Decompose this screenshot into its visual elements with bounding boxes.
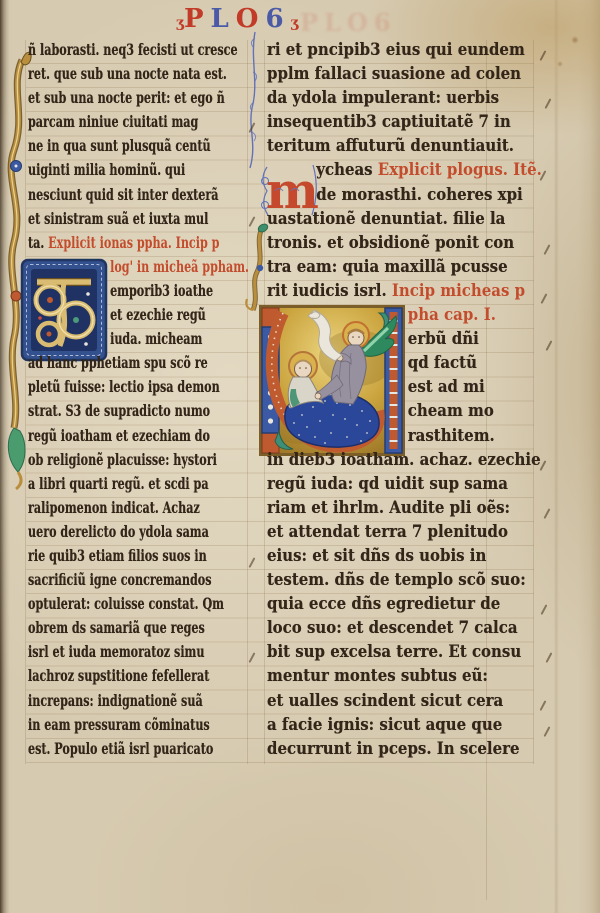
- text-line: rit iudicis isrl. Incip micheas p: [267, 279, 540, 303]
- text-line: iuda. micheam: [28, 327, 266, 351]
- text-segment: ta.: [28, 233, 48, 252]
- text-segment: a libri quarti regũ. et scdi pa: [28, 474, 209, 493]
- text-segment: lachroz supstitione fefellerat: [28, 666, 209, 685]
- rubric-segment: Incip micheas p: [392, 281, 525, 301]
- text-line: strat. S3 de supradicto numo: [28, 399, 266, 423]
- text-segment: pletũ fuisse: lectio ipsa demon: [28, 377, 220, 396]
- text-line: qd factũ: [267, 351, 540, 375]
- text-line: a facie ignis: sicut aque que: [267, 713, 540, 737]
- text-line: quia ecce dñs egredietur de: [267, 592, 540, 616]
- line-filler-tick: [540, 50, 547, 60]
- text-segment: rit iudicis isrl.: [267, 281, 392, 301]
- text-segment: loco suo: et descendet 7 calca: [267, 618, 518, 638]
- text-segment: et sinistram suã et iuxta mul: [28, 209, 208, 228]
- text-line: cheam mo: [267, 399, 540, 423]
- text-segment: est. Populo etiã isrl puaricato: [28, 739, 213, 758]
- rubric-segment: Explicit plogus. Itẽ.: [378, 160, 542, 180]
- text-line: et ezechie regũ: [28, 303, 266, 327]
- text-line: regũ ioatham et ezechiam do: [28, 424, 266, 448]
- text-segment: quia ecce dñs egredietur de: [267, 594, 500, 614]
- text-line: lachroz supstitione fefellerat: [28, 664, 266, 688]
- text-segment: sacrificiũ igne concremandos: [28, 570, 212, 589]
- text-segment: est ad mi: [408, 377, 485, 397]
- text-segment: nesciunt quid sit inter dexterã: [28, 185, 219, 204]
- text-line: optulerat: coluisse constat. Qm: [28, 592, 266, 616]
- rubric-segment: P: [184, 4, 211, 34]
- line-filler-tick: [544, 508, 551, 518]
- text-line: nesciunt quid sit inter dexterã: [28, 183, 266, 207]
- text-segment: ñ laborasti. neq3 fecisti ut cresce: [28, 40, 238, 59]
- text-segment: uiginti milia hominũ. qui: [28, 160, 185, 179]
- line-filler-tick: [544, 244, 551, 254]
- text-segment: et sub una nocte perit: et ego ñ: [28, 88, 225, 107]
- text-line: in eam pressuram cõminatus: [28, 713, 266, 737]
- rubric-segment: 6: [265, 4, 290, 34]
- text-segment: ob religionẽ placuisse: hystori: [28, 450, 217, 469]
- text-line: et sub una nocte perit: et ego ñ: [28, 86, 266, 110]
- text-line: erbũ dñi: [267, 327, 540, 351]
- text-segment: ad hanc pphetiam spu scõ re: [28, 353, 208, 372]
- text-line: a libri quarti regũ. et scdi pa: [28, 472, 266, 496]
- text-segment: mentur montes subtus eũ:: [267, 666, 488, 686]
- text-line: sacrificiũ igne concremandos: [28, 568, 266, 592]
- text-segment: regũ iuda: qd uidit sup sama: [267, 474, 508, 494]
- text-line: insequentib3 captiuitatẽ 7 in: [267, 110, 540, 134]
- rubric-segment: O: [236, 4, 266, 34]
- line-filler-tick: [546, 652, 553, 662]
- text-line: et ualles scindent sicut cera: [267, 689, 540, 713]
- text-line: bit sup excelsa terre. Et consu: [267, 640, 540, 664]
- text-line: ñ laborasti. neq3 fecisti ut cresce: [28, 38, 266, 62]
- text-line: rie quib3 etiam filios suos in: [28, 544, 266, 568]
- text-segment: testem. dñs de templo scõ suo:: [267, 570, 526, 590]
- text-line: mentur montes subtus eũ:: [267, 664, 540, 688]
- line-filler-tick: [544, 726, 551, 736]
- text-segment: rasthitem.: [408, 426, 495, 446]
- offset-ghost-letters: PLO6: [300, 8, 397, 37]
- text-segment: iuda. micheam: [110, 329, 202, 348]
- text-segment: ne in qua sunt plusquã centũ: [28, 136, 211, 155]
- text-line: ret. que sub una nocte nata est.: [28, 62, 266, 86]
- text-segment: emporib3 ioathe: [110, 281, 213, 300]
- text-line: pletũ fuisse: lectio ipsa demon: [28, 375, 266, 399]
- text-line: da ydola impulerant: uerbis: [267, 86, 540, 110]
- text-line: uiginti milia hominũ. qui: [28, 158, 266, 182]
- line-filler-tick: [545, 98, 552, 108]
- text-segment: teritum affuturũ denuntiauit.: [267, 136, 514, 156]
- text-segment: cheam mo: [408, 401, 494, 421]
- text-line: obrem ds samariã que reges: [28, 616, 266, 640]
- text-line: et attendat terra 7 plenitudo: [267, 520, 540, 544]
- text-segment: et ualles scindent sicut cera: [267, 691, 503, 711]
- rubric-segment: ʒ: [291, 15, 299, 31]
- text-segment: rie quib3 etiam filios suos in: [28, 546, 207, 565]
- text-segment: da ydola impulerant: uerbis: [267, 88, 499, 108]
- text-segment: bit sup excelsa terre. Et consu: [267, 642, 521, 662]
- text-segment: parcam niniue ciuitati mag: [28, 112, 198, 131]
- text-line: est ad mi: [267, 375, 540, 399]
- text-segment: optulerat: coluisse constat. Qm: [28, 594, 224, 613]
- text-line: ralipomenon indicat. Achaz: [28, 496, 266, 520]
- text-segment: increpans: indignationẽ suã: [28, 691, 203, 710]
- text-segment: et attendat terra 7 plenitudo: [267, 522, 508, 542]
- text-segment: qd factũ: [408, 353, 477, 373]
- text-segment: in eam pressuram cõminatus: [28, 715, 210, 734]
- rubric-segment: L: [211, 4, 236, 34]
- text-line: et sinistram suã et iuxta mul: [28, 207, 266, 231]
- manuscript-page: ʒPLO6ʒ PLO6: [0, 0, 600, 913]
- text-line: ob religionẽ placuisse: hystori: [28, 448, 266, 472]
- text-segment: ycheas: [316, 160, 378, 180]
- text-line: uastationẽ denuntiat. filie la: [267, 207, 540, 231]
- text-line: pplm fallaci suasione ad colen: [267, 62, 540, 86]
- text-segment: insequentib3 captiuitatẽ 7 in: [267, 112, 511, 132]
- text-line: pha cap. I.: [267, 303, 540, 327]
- text-line: ri et pncipib3 eius qui eundem: [267, 38, 540, 62]
- text-segment: tronis. et obsidionẽ ponit con: [267, 233, 514, 253]
- text-segment: ret. que sub una nocte nata est.: [28, 64, 227, 83]
- text-line: est. Populo etiã isrl puaricato: [28, 737, 266, 761]
- text-segment: obrem ds samariã que reges: [28, 618, 205, 637]
- text-line: increpans: indignationẽ suã: [28, 689, 266, 713]
- text-segment: erbũ dñi: [408, 329, 479, 349]
- text-line: regũ iuda: qd uidit sup sama: [267, 472, 540, 496]
- text-line: emporib3 ioathe: [28, 279, 266, 303]
- text-segment: a facie ignis: sicut aque que: [267, 715, 502, 735]
- text-segment: et ezechie regũ: [110, 305, 206, 324]
- running-title: ʒPLO6ʒ: [176, 4, 299, 28]
- text-segment: isrl et iuda memoratoz simu: [28, 642, 204, 661]
- text-line: tronis. et obsidionẽ ponit con: [267, 231, 540, 255]
- text-line: rasthitem.: [267, 424, 540, 448]
- text-line: ʒPLO6ʒ: [176, 4, 299, 28]
- text-line: log' in micheã ppham.: [28, 255, 266, 279]
- text-segment: eius: et sit dñs ds uobis in: [267, 546, 486, 566]
- text-line: ad hanc pphetiam spu scõ re: [28, 351, 266, 375]
- text-segment: in dieb3 ioatham. achaz. ezechie: [267, 450, 541, 470]
- text-segment: ri et pncipib3 eius qui eundem: [267, 40, 525, 60]
- text-line: tra eam: quia maxillã pcusse: [267, 255, 540, 279]
- text-line: de morasthi. coheres xpi: [267, 183, 540, 207]
- right-text-column: ri et pncipib3 eius qui eundempplm falla…: [267, 38, 540, 761]
- text-segment: regũ ioatham et ezechiam do: [28, 426, 210, 445]
- text-segment: uastationẽ denuntiat. filie la: [267, 209, 505, 229]
- text-line: parcam niniue ciuitati mag: [28, 110, 266, 134]
- text-line: in dieb3 ioatham. achaz. ezechie: [267, 448, 540, 472]
- green-leaf-icon: [8, 428, 25, 472]
- text-line: testem. dñs de templo scõ suo:: [267, 568, 540, 592]
- text-line: uero derelicto do ydola sama: [28, 520, 266, 544]
- line-filler-tick: [541, 604, 548, 614]
- text-segment: uero derelicto do ydola sama: [28, 522, 209, 541]
- text-segment: ralipomenon indicat. Achaz: [28, 498, 200, 517]
- left-text-column: ñ laborasti. neq3 fecisti ut cresceret. …: [28, 38, 266, 761]
- text-line: decurrunt in pceps. In scelere: [267, 737, 540, 761]
- rubric-segment: log' in micheã ppham.: [110, 257, 249, 276]
- line-filler-tick: [546, 340, 553, 350]
- line-filler-tick: [540, 700, 547, 710]
- line-filler-tick: [541, 293, 548, 303]
- rubric-segment: Explicit ionas ppha. Incip p: [48, 233, 219, 252]
- text-line: ta. Explicit ionas ppha. Incip p: [28, 231, 266, 255]
- text-segment: decurrunt in pceps. In scelere: [267, 739, 519, 759]
- text-segment: tra eam: quia maxillã pcusse: [267, 257, 508, 277]
- text-segment: strat. S3 de supradicto numo: [28, 401, 210, 420]
- rubric-segment: pha cap. I.: [408, 305, 496, 325]
- rubric-segment: ʒ: [176, 15, 184, 31]
- text-line: loco suo: et descendet 7 calca: [267, 616, 540, 640]
- text-line: isrl et iuda memoratoz simu: [28, 640, 266, 664]
- text-line: eius: et sit dñs ds uobis in: [267, 544, 540, 568]
- text-segment: pplm fallaci suasione ad colen: [267, 64, 521, 84]
- text-line: ne in qua sunt plusquã centũ: [28, 134, 266, 158]
- text-line: ycheas Explicit plogus. Itẽ.: [267, 158, 540, 182]
- text-line: riam et ihrlm. Audite pli oẽs:: [267, 496, 540, 520]
- text-segment: riam et ihrlm. Audite pli oẽs:: [267, 498, 510, 518]
- text-segment: de morasthi. coheres xpi: [316, 185, 522, 205]
- text-line: teritum affuturũ denuntiauit.: [267, 134, 540, 158]
